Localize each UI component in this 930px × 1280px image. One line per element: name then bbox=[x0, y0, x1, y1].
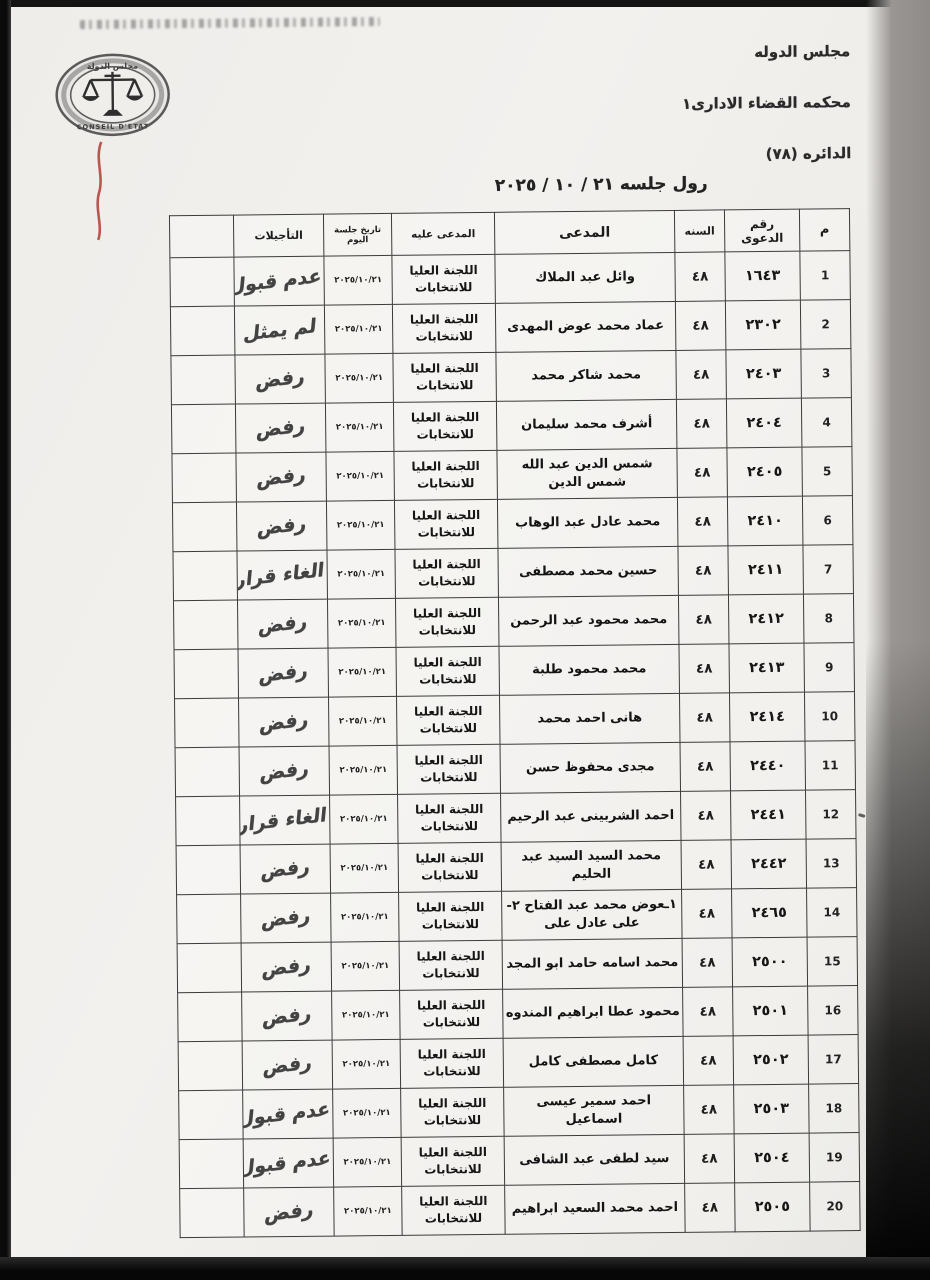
case-number-cell: ٢٤١١ bbox=[728, 545, 804, 595]
defendant-cell: اللجنة العليا للانتخابات bbox=[393, 401, 497, 451]
handwritten-note: الغاء قرار bbox=[237, 559, 326, 592]
empty-cell bbox=[179, 1139, 244, 1189]
table-row: 3 ٢٤٠٣ ٤٨ محمد شاكر محمد اللجنة العليا ل… bbox=[171, 349, 851, 405]
header-postponements: التأجيلات bbox=[233, 214, 323, 257]
defendant-cell: اللجنة العليا للانتخابات bbox=[398, 793, 502, 843]
session-date-cell: ٢٠٢٥/١٠/٢١ bbox=[324, 255, 393, 305]
postponement-note-cell: رفض bbox=[242, 1040, 333, 1090]
postponement-note-cell: رفض bbox=[236, 501, 327, 551]
session-date-cell: ٢٠٢٥/١٠/٢١ bbox=[332, 1039, 401, 1089]
handwritten-note: عدم قبول bbox=[234, 265, 323, 298]
scales-of-justice-icon: مجلس الدولة CONSEIL D'ETAT bbox=[52, 51, 173, 138]
plaintiff-cell: عماد محمد عوض المهدى bbox=[495, 301, 676, 352]
defendant-cell: اللجنة العليا للانتخابات bbox=[394, 499, 498, 549]
case-number-cell: ٢٥٠١ bbox=[733, 986, 809, 1036]
empty-cell bbox=[171, 355, 236, 405]
plaintiff-cell: وائل عبد الملاك bbox=[495, 252, 676, 303]
postponement-note-cell: رفض bbox=[239, 697, 330, 747]
table-row: 10 ٢٤١٤ ٤٨ هانى احمد محمد اللجنة العليا … bbox=[175, 692, 855, 748]
handwritten-note: رفض bbox=[258, 659, 309, 687]
row-number-cell: 4 bbox=[801, 398, 852, 448]
year-cell: ٤٨ bbox=[677, 497, 728, 547]
row-number-cell: 8 bbox=[803, 594, 854, 644]
empty-cell bbox=[172, 502, 237, 552]
svg-text:مجلس الدولة: مجلس الدولة bbox=[87, 62, 138, 73]
session-date-cell: ٢٠٢٥/١٠/٢١ bbox=[328, 647, 397, 697]
handwritten-note: عدم قبول bbox=[243, 1098, 332, 1131]
row-number-cell: 12 bbox=[806, 790, 857, 840]
session-date-cell: ٢٠٢٥/١٠/٢١ bbox=[334, 1186, 403, 1236]
stray-scan-mark bbox=[858, 813, 866, 818]
year-cell: ٤٨ bbox=[679, 693, 730, 743]
postponement-note-cell: رفض bbox=[236, 452, 327, 502]
year-cell: ٤٨ bbox=[682, 938, 733, 988]
table-row: 14 ٢٤٦٥ ٤٨ ١ـعوض محمد عبد الفتاح ٢- على … bbox=[177, 888, 857, 944]
empty-cell bbox=[173, 600, 238, 650]
defendant-cell: اللجنة العليا للانتخابات bbox=[395, 548, 499, 598]
row-number-cell: 2 bbox=[800, 300, 851, 350]
plaintiff-cell: محمد شاكر محمد bbox=[496, 350, 677, 401]
year-cell: ٤٨ bbox=[683, 1036, 734, 1086]
empty-cell bbox=[178, 1041, 243, 1091]
session-date-cell: ٢٠٢٥/١٠/٢١ bbox=[332, 990, 401, 1040]
empty-cell bbox=[175, 698, 240, 748]
postponement-note-cell: رفض bbox=[242, 991, 333, 1041]
scan-edge-left bbox=[0, 0, 11, 1280]
plaintiff-cell: سيد لطفى عبد الشافى bbox=[504, 1134, 685, 1185]
postponement-note-cell: رفض bbox=[238, 648, 329, 698]
handwritten-note: رفض bbox=[261, 953, 312, 981]
plaintiff-cell: احمد الشربينى عبد الرحيم bbox=[501, 791, 682, 842]
postponement-note-cell: رفض bbox=[235, 354, 326, 404]
case-number-cell: ٢٤١٤ bbox=[729, 692, 805, 742]
postponement-note-cell: رفض bbox=[237, 599, 328, 649]
handwritten-note: رفض bbox=[255, 414, 306, 442]
defendant-cell: اللجنة العليا للانتخابات bbox=[402, 1185, 506, 1235]
year-cell: ٤٨ bbox=[678, 595, 729, 645]
scan-edge-top bbox=[0, 0, 930, 7]
header-case-number: رقم الدعوى bbox=[724, 209, 799, 252]
defendant-cell: اللجنة العليا للانتخابات bbox=[401, 1136, 505, 1186]
scan-edge-right bbox=[866, 0, 930, 1280]
empty-cell bbox=[176, 845, 241, 895]
plaintiff-cell: احمد محمد السعيد ابراهيم bbox=[505, 1183, 686, 1234]
handwritten-note: رفض bbox=[257, 610, 308, 638]
handwritten-note: عدم قبول bbox=[243, 1147, 332, 1180]
year-cell: ٤٨ bbox=[684, 1085, 735, 1135]
defendant-cell: اللجنة العليا للانتخابات bbox=[396, 646, 500, 696]
row-number-cell: 10 bbox=[804, 692, 855, 742]
defendant-cell: اللجنة العليا للانتخابات bbox=[399, 940, 503, 990]
handwritten-note: رفض bbox=[256, 463, 307, 491]
session-date-cell: ٢٠٢٥/١٠/٢١ bbox=[330, 843, 399, 893]
year-cell: ٤٨ bbox=[681, 791, 732, 841]
header-year: السنه bbox=[674, 210, 724, 253]
header-defendant: المدعى عليه bbox=[391, 212, 494, 255]
org-line-council: مجلس الدوله bbox=[681, 42, 850, 62]
year-cell: ٤٨ bbox=[679, 644, 730, 694]
session-date-cell: ٢٠٢٥/١٠/٢١ bbox=[324, 304, 393, 354]
postponement-note-cell: رفض bbox=[244, 1187, 335, 1237]
session-date-cell: ٢٠٢٥/١٠/٢١ bbox=[325, 353, 394, 403]
postponement-note-cell: الغاء قرار bbox=[237, 550, 328, 600]
postponement-note-cell: رفض bbox=[239, 746, 330, 796]
row-number-cell: 9 bbox=[804, 643, 855, 693]
case-number-cell: ١٦٤٣ bbox=[725, 251, 801, 301]
case-number-cell: ٢٤٠٣ bbox=[726, 349, 802, 399]
session-date-cell: ٢٠٢٥/١٠/٢١ bbox=[333, 1137, 402, 1187]
case-number-cell: ٢٤٦٥ bbox=[732, 888, 808, 938]
table-row: 5 ٢٤٠٥ ٤٨ شمس الدين عبد الله شمس الدين ا… bbox=[172, 447, 852, 503]
row-number-cell: 6 bbox=[802, 496, 853, 546]
year-cell: ٤٨ bbox=[675, 252, 726, 302]
handwritten-note: رفض bbox=[260, 904, 311, 932]
session-roll-table: م رقم الدعوى السنه المدعى المدعى عليه تا… bbox=[169, 208, 861, 1238]
defendant-cell: اللجنة العليا للانتخابات bbox=[392, 303, 496, 353]
plaintiff-cell: أشرف محمد سليمان bbox=[496, 399, 677, 450]
plaintiff-cell: محمد محمود عبد الرحمن bbox=[498, 595, 679, 646]
state-council-seal: مجلس الدولة CONSEIL D'ETAT bbox=[52, 51, 173, 138]
plaintiff-cell: محمد اسامه حامد ابو المجد bbox=[502, 938, 683, 989]
page-content: مجلس الدولة CONSEIL D'ETAT مجلس الدوله م… bbox=[0, 0, 930, 1280]
table-row: 13 ٢٤٤٢ ٤٨ محمد السيد السيد عبد الحليم ا… bbox=[176, 839, 856, 895]
case-number-cell: ٢٥٠٥ bbox=[735, 1182, 811, 1232]
page-title: رول جلسه ٢١ / ١٠ / ٢٠٢٥ bbox=[495, 174, 708, 196]
row-number-cell: 15 bbox=[807, 937, 858, 987]
case-number-cell: ٢٥٠٤ bbox=[734, 1133, 810, 1183]
row-number-cell: 20 bbox=[810, 1182, 861, 1232]
session-date-cell: ٢٠٢٥/١٠/٢١ bbox=[327, 549, 396, 599]
row-number-cell: 17 bbox=[808, 1035, 859, 1085]
defendant-cell: اللجنة العليا للانتخابات bbox=[394, 450, 498, 500]
handwritten-note: الغاء قرار bbox=[240, 804, 329, 837]
empty-cell bbox=[180, 1188, 245, 1238]
table-row: 7 ٢٤١١ ٤٨ حسين محمد مصطفى اللجنة العليا … bbox=[173, 545, 853, 601]
row-number-cell: 13 bbox=[806, 839, 857, 889]
table-row: 11 ٢٤٤٠ ٤٨ مجدى محفوظ حسن اللجنة العليا … bbox=[175, 741, 855, 797]
row-number-cell: 3 bbox=[801, 349, 852, 399]
table-row: 16 ٢٥٠١ ٤٨ محمود عطا ابراهيم المندوه الل… bbox=[178, 986, 858, 1042]
postponement-note-cell: الغاء قرار bbox=[240, 795, 331, 845]
year-cell: ٤٨ bbox=[677, 448, 728, 498]
org-line-court: محكمه القضاء الادارى١ bbox=[682, 93, 851, 113]
year-cell: ٤٨ bbox=[685, 1183, 736, 1233]
session-date-cell: ٢٠٢٥/١٠/٢١ bbox=[326, 500, 395, 550]
case-number-cell: ٢٣٠٢ bbox=[725, 300, 801, 350]
case-number-cell: ٢٥٠٠ bbox=[732, 937, 808, 987]
row-number-cell: 11 bbox=[805, 741, 856, 791]
handwritten-note: رفض bbox=[263, 1198, 314, 1226]
scanned-court-roll: { "page": { "org_lines": ["مجلس الدوله",… bbox=[0, 0, 930, 1280]
case-number-cell: ٢٤٠٤ bbox=[726, 398, 802, 448]
empty-cell bbox=[175, 747, 240, 797]
table-row: 12 ٢٤٤١ ٤٨ احمد الشربينى عبد الرحيم اللج… bbox=[176, 790, 856, 846]
case-number-cell: ٢٤١٠ bbox=[727, 496, 803, 546]
plaintiff-cell: احمد سمير عيسى اسماعيل bbox=[504, 1085, 685, 1136]
table-row: 2 ٢٣٠٢ ٤٨ عماد محمد عوض المهدى اللجنة ال… bbox=[170, 300, 850, 356]
case-number-cell: ٢٤٤١ bbox=[731, 790, 807, 840]
year-cell: ٤٨ bbox=[681, 840, 732, 890]
defendant-cell: اللجنة العليا للانتخابات bbox=[401, 1087, 505, 1137]
year-cell: ٤٨ bbox=[680, 742, 731, 792]
year-cell: ٤٨ bbox=[683, 987, 734, 1037]
empty-cell bbox=[170, 306, 235, 356]
empty-cell bbox=[171, 404, 236, 454]
row-number-cell: 1 bbox=[800, 251, 851, 301]
defendant-cell: اللجنة العليا للانتخابات bbox=[395, 597, 499, 647]
case-number-cell: ٢٤٤٢ bbox=[731, 839, 807, 889]
table-row: 20 ٢٥٠٥ ٤٨ احمد محمد السعيد ابراهيم اللج… bbox=[180, 1182, 860, 1238]
defendant-cell: اللجنة العليا للانتخابات bbox=[393, 352, 497, 402]
year-cell: ٤٨ bbox=[684, 1134, 735, 1184]
handwritten-note: رفض bbox=[256, 512, 307, 540]
handwritten-note: رفض bbox=[262, 1051, 313, 1079]
session-date-cell: ٢٠٢٥/١٠/٢١ bbox=[327, 598, 396, 648]
plaintiff-cell: ١ـعوض محمد عبد الفتاح ٢- على عادل على bbox=[502, 889, 683, 940]
empty-cell bbox=[179, 1090, 244, 1140]
case-number-cell: ٢٥٠٢ bbox=[733, 1035, 809, 1085]
empty-cell bbox=[178, 992, 243, 1042]
row-number-cell: 18 bbox=[809, 1084, 860, 1134]
defendant-cell: اللجنة العليا للانتخابات bbox=[398, 842, 502, 892]
header-row-no: م bbox=[799, 209, 849, 252]
session-date-cell: ٢٠٢٥/١٠/٢١ bbox=[331, 892, 400, 942]
row-number-cell: 19 bbox=[809, 1133, 860, 1183]
case-number-cell: ٢٤٤٠ bbox=[730, 741, 806, 791]
year-cell: ٤٨ bbox=[676, 399, 727, 449]
defendant-cell: اللجنة العليا للانتخابات bbox=[392, 254, 496, 304]
org-line-circuit: الدائره (٧٨) bbox=[682, 144, 851, 164]
plaintiff-cell: حسين محمد مصطفى bbox=[498, 546, 679, 597]
table-row: 19 ٢٥٠٤ ٤٨ سيد لطفى عبد الشافى اللجنة ال… bbox=[179, 1133, 859, 1189]
row-number-cell: 5 bbox=[802, 447, 853, 497]
session-date-cell: ٢٠٢٥/١٠/٢١ bbox=[331, 941, 400, 991]
illegible-scan-text bbox=[80, 17, 380, 29]
plaintiff-cell: شمس الدين عبد الله شمس الدين bbox=[497, 448, 678, 499]
session-date-cell: ٢٠٢٥/١٠/٢١ bbox=[333, 1088, 402, 1138]
table-row: 6 ٢٤١٠ ٤٨ محمد عادل عبد الوهاب اللجنة ال… bbox=[172, 496, 852, 552]
defendant-cell: اللجنة العليا للانتخابات bbox=[399, 891, 503, 941]
session-date-cell: ٢٠٢٥/١٠/٢١ bbox=[329, 745, 398, 795]
table-row: 4 ٢٤٠٤ ٤٨ أشرف محمد سليمان اللجنة العليا… bbox=[171, 398, 851, 454]
table-row: 17 ٢٥٠٢ ٤٨ كامل مصطفى كامل اللجنة العليا… bbox=[178, 1035, 858, 1091]
table-row: 18 ٢٥٠٣ ٤٨ احمد سمير عيسى اسماعيل اللجنة… bbox=[179, 1084, 859, 1140]
empty-cell bbox=[172, 453, 237, 503]
case-number-cell: ٢٥٠٣ bbox=[734, 1084, 810, 1134]
header-plaintiff: المدعى bbox=[494, 210, 674, 254]
year-cell: ٤٨ bbox=[675, 301, 726, 351]
session-date-cell: ٢٠٢٥/١٠/٢١ bbox=[325, 402, 394, 452]
plaintiff-cell: محمد السيد السيد عبد الحليم bbox=[501, 840, 682, 891]
header-session-date: تاريخ جلسة اليوم bbox=[323, 213, 391, 256]
plaintiff-cell: محمد محمود طلبة bbox=[499, 644, 680, 695]
postponement-note-cell: رفض bbox=[240, 844, 331, 894]
handwritten-note: لم يمثل bbox=[242, 315, 317, 346]
postponement-note-cell: رفض bbox=[241, 942, 332, 992]
session-date-cell: ٢٠٢٥/١٠/٢١ bbox=[329, 696, 398, 746]
table-body: 1 ١٦٤٣ ٤٨ وائل عبد الملاك اللجنة العليا … bbox=[170, 251, 860, 1238]
case-number-cell: ٢٤١٢ bbox=[728, 594, 804, 644]
plaintiff-cell: محمد عادل عبد الوهاب bbox=[497, 497, 678, 548]
header-empty bbox=[169, 215, 233, 258]
empty-cell bbox=[177, 943, 242, 993]
session-date-cell: ٢٠٢٥/١٠/٢١ bbox=[330, 794, 399, 844]
table-row: 8 ٢٤١٢ ٤٨ محمد محمود عبد الرحمن اللجنة ا… bbox=[173, 594, 853, 650]
scan-edge-bottom bbox=[0, 1257, 930, 1280]
postponement-note-cell: رفض bbox=[241, 893, 332, 943]
defendant-cell: اللجنة العليا للانتخابات bbox=[397, 744, 501, 794]
table-row: 1 ١٦٤٣ ٤٨ وائل عبد الملاك اللجنة العليا … bbox=[170, 251, 850, 307]
plaintiff-cell: محمود عطا ابراهيم المندوه bbox=[503, 987, 684, 1038]
year-cell: ٤٨ bbox=[682, 889, 733, 939]
handwritten-note: رفض bbox=[258, 708, 309, 736]
defendant-cell: اللجنة العليا للانتخابات bbox=[400, 989, 504, 1039]
row-number-cell: 7 bbox=[803, 545, 854, 595]
session-date-cell: ٢٠٢٥/١٠/٢١ bbox=[326, 451, 395, 501]
year-cell: ٤٨ bbox=[676, 350, 727, 400]
postponement-note-cell: عدم قبول bbox=[234, 256, 325, 306]
empty-cell bbox=[173, 551, 238, 601]
case-number-cell: ٢٤٠٥ bbox=[727, 447, 803, 497]
empty-cell bbox=[170, 257, 235, 307]
red-pen-mark bbox=[91, 140, 108, 244]
plaintiff-cell: هانى احمد محمد bbox=[499, 693, 680, 744]
handwritten-note: رفض bbox=[255, 365, 306, 393]
handwritten-note: رفض bbox=[261, 1002, 312, 1030]
table-row: 9 ٢٤١٣ ٤٨ محمد محمود طلبة اللجنة العليا … bbox=[174, 643, 854, 699]
table-row: 15 ٢٥٠٠ ٤٨ محمد اسامه حامد ابو المجد الل… bbox=[177, 937, 857, 993]
plaintiff-cell: كامل مصطفى كامل bbox=[503, 1036, 684, 1087]
postponement-note-cell: رفض bbox=[235, 403, 326, 453]
handwritten-note: رفض bbox=[260, 855, 311, 883]
defendant-cell: اللجنة العليا للانتخابات bbox=[397, 695, 501, 745]
empty-cell bbox=[177, 894, 242, 944]
defendant-cell: اللجنة العليا للانتخابات bbox=[400, 1038, 504, 1088]
row-number-cell: 14 bbox=[807, 888, 858, 938]
postponement-note-cell: عدم قبول bbox=[243, 1138, 334, 1188]
year-cell: ٤٨ bbox=[678, 546, 729, 596]
postponement-note-cell: عدم قبول bbox=[243, 1089, 334, 1139]
empty-cell bbox=[174, 649, 239, 699]
row-number-cell: 16 bbox=[808, 986, 859, 1036]
empty-cell bbox=[176, 796, 241, 846]
case-number-cell: ٢٤١٣ bbox=[729, 643, 805, 693]
plaintiff-cell: مجدى محفوظ حسن bbox=[500, 742, 681, 793]
handwritten-note: رفض bbox=[259, 757, 310, 785]
postponement-note-cell: لم يمثل bbox=[234, 305, 325, 355]
table-header: م رقم الدعوى السنه المدعى المدعى عليه تا… bbox=[169, 209, 849, 258]
svg-text:CONSEIL D'ETAT: CONSEIL D'ETAT bbox=[77, 122, 149, 131]
